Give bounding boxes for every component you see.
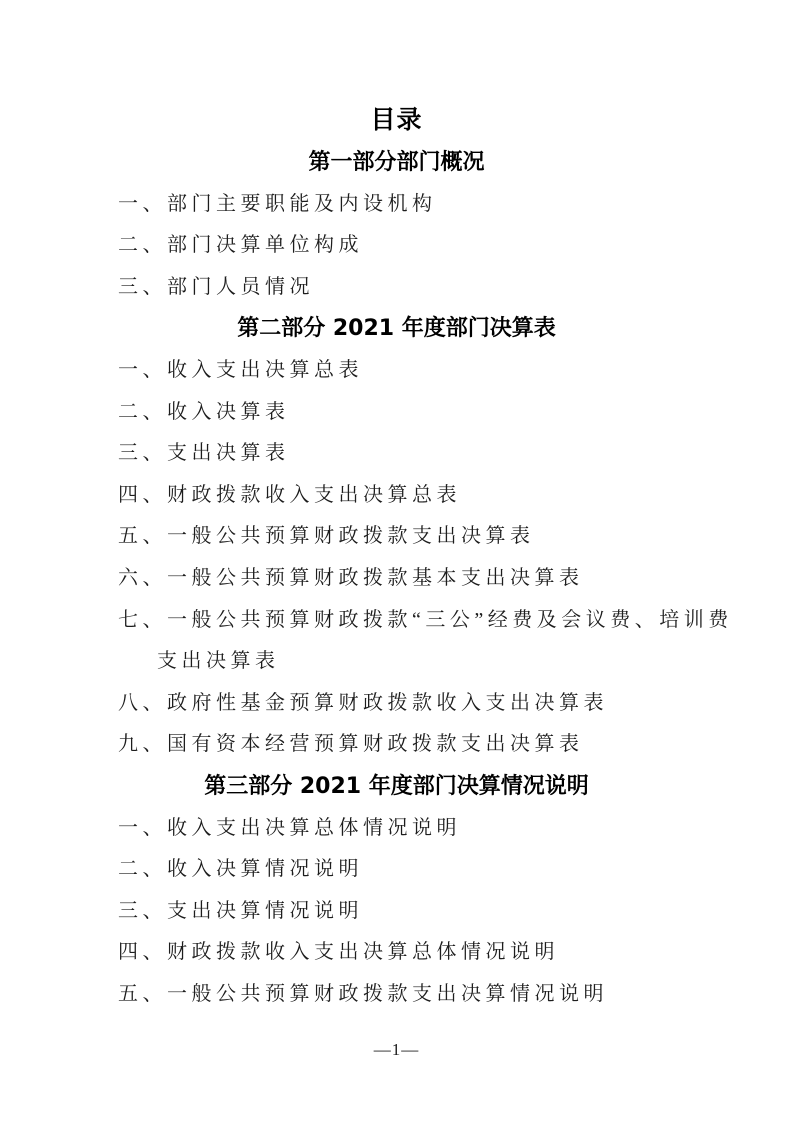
toc-entry: 三、部门人员情况 — [0, 267, 793, 309]
toc-entry: 七、一般公共预算财政拨款“三公”经费及会议费、培训费 支出决算表 — [0, 600, 793, 683]
toc-entry: 八、政府性基金预算财政拨款收入支出决算表 — [0, 683, 793, 725]
section-heading-1: 第一部分部门概况 — [0, 142, 793, 184]
page-title: 目录 — [0, 98, 793, 142]
document-page: 目录 第一部分部门概况 一、部门主要职能及内设机构 二、部门决算单位构成 三、部… — [0, 0, 793, 1122]
toc-entry: 五、一般公共预算财政拨款支出决算表 — [0, 516, 793, 558]
toc-entry: 五、一般公共预算财政拨款支出决算情况说明 — [0, 974, 793, 1016]
toc-entry: 四、财政拨款收入支出决算总表 — [0, 475, 793, 517]
toc-entry: 二、收入决算表 — [0, 392, 793, 434]
toc-entry: 二、部门决算单位构成 — [0, 225, 793, 267]
toc-entry: 一、收入支出决算总表 — [0, 350, 793, 392]
toc-entry: 一、部门主要职能及内设机构 — [0, 184, 793, 226]
section-heading-2: 第二部分 2021 年度部门决算表 — [0, 308, 793, 350]
section-heading-3: 第三部分 2021 年度部门决算情况说明 — [0, 766, 793, 808]
toc-entry: 三、支出决算表 — [0, 433, 793, 475]
toc-entry: 六、一般公共预算财政拨款基本支出决算表 — [0, 558, 793, 600]
toc-entry: 二、收入决算情况说明 — [0, 849, 793, 891]
toc-entry: 三、支出决算情况说明 — [0, 891, 793, 933]
toc-entry: 一、收入支出决算总体情况说明 — [0, 808, 793, 850]
toc-entry: 四、财政拨款收入支出决算总体情况说明 — [0, 932, 793, 974]
page-number: —1— — [0, 1038, 793, 1062]
toc-entry: 九、国有资本经营预算财政拨款支出决算表 — [0, 724, 793, 766]
